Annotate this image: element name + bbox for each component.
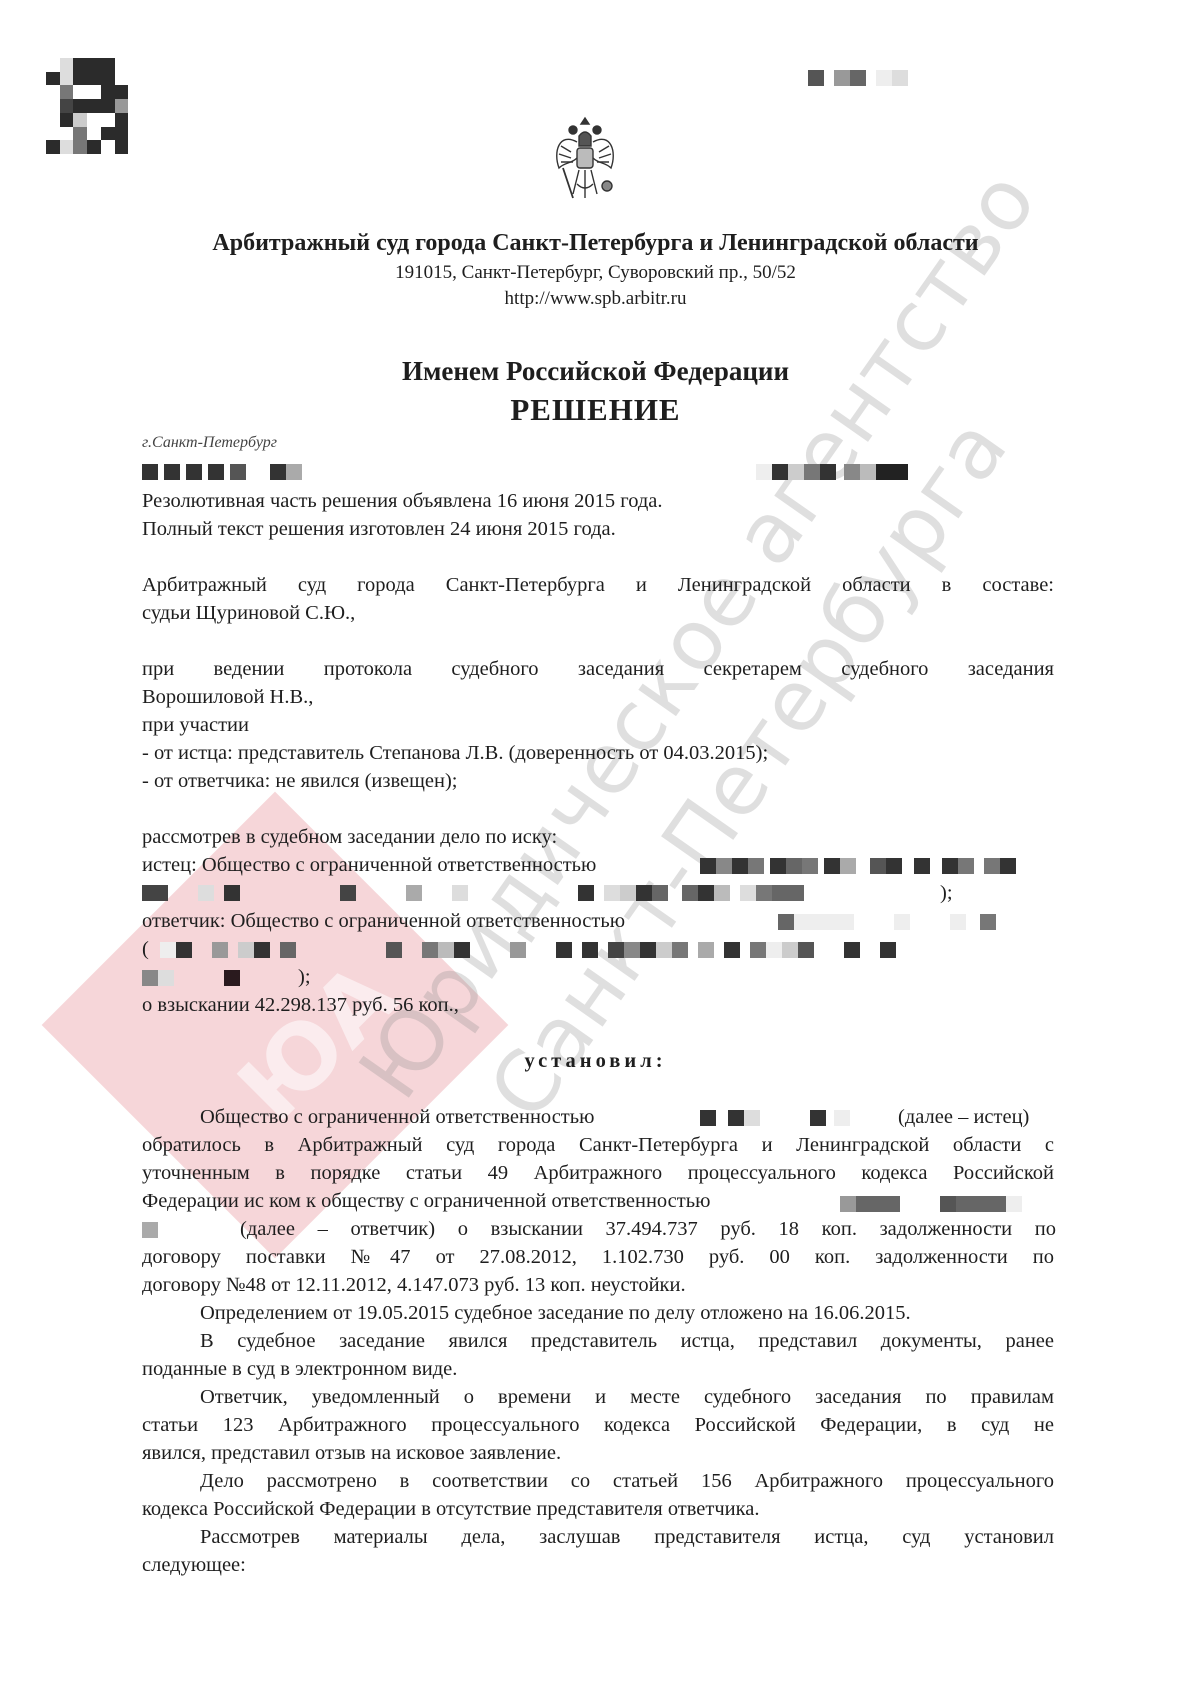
body-p3-line2: поданные в суд в электронном виде. bbox=[142, 1355, 1054, 1383]
defendant-label: ответчик: Общество с ограниченной ответс… bbox=[142, 910, 625, 932]
plaintiff-label: истец: Общество с ограниченной ответстве… bbox=[142, 854, 596, 876]
redacted-qr-code bbox=[46, 58, 142, 154]
city: г.Санкт-Петербург bbox=[142, 434, 277, 452]
composition-line1: Арбитражный суд города Санкт-Петербурга … bbox=[142, 571, 1054, 599]
resolution-date: Резолютивная часть решения объявлена 16 … bbox=[142, 487, 1054, 515]
body-p1-line4: Федерации ис ком к обществу с ограниченн… bbox=[142, 1187, 832, 1215]
redacted-defendant-details bbox=[160, 942, 896, 958]
redacted-defendant-name bbox=[778, 914, 996, 930]
redacted-date bbox=[142, 464, 302, 480]
title-in-the-name: Именем Российской Федерации bbox=[0, 356, 1191, 387]
body-p3-line1: В судебное заседание явился представител… bbox=[142, 1327, 1054, 1355]
court-website-link[interactable]: http://www.spb.arbitr.ru bbox=[0, 288, 1191, 310]
secretary-name: Ворошиловой Н.В., bbox=[142, 683, 1054, 711]
court-address: 191015, Санкт-Петербург, Суворовский пр.… bbox=[0, 262, 1191, 284]
redacted-case-number bbox=[756, 464, 908, 480]
body-p1-line7: договору №48 от 12.11.2012, 4.147.073 ру… bbox=[142, 1271, 1054, 1299]
body-p5-line1: Дело рассмотрено в соответствии со стать… bbox=[142, 1467, 1054, 1495]
body-p6-line1: Рассмотрев материалы дела, заслушав пред… bbox=[142, 1523, 1054, 1551]
body-p4-line1: Ответчик, уведомленный о времени и месте… bbox=[142, 1383, 1054, 1411]
document-title: РЕШЕНИЕ bbox=[0, 392, 1191, 428]
body-p1-line5: (далее – ответчик) о взыскании 37.494.73… bbox=[240, 1215, 1056, 1243]
redacted-defendant-name-2 bbox=[840, 1196, 1022, 1212]
redacted-plaintiff-name bbox=[700, 858, 1016, 874]
full-text-date: Полный текст решения изготовлен 24 июня … bbox=[142, 515, 1054, 543]
body-p1-line4-text: Федерации ис ком к обществу с ограниченн… bbox=[142, 1190, 710, 1212]
body-p6-line2: следующее: bbox=[142, 1551, 1054, 1579]
defendant-representative: - от ответчика: не явился (извещен); bbox=[142, 767, 1054, 795]
document-page: ЮА Юридическое агентство Санкт-Петербург… bbox=[0, 0, 1191, 1684]
plaintiff-representative: - от истца: представитель Степанова Л.В.… bbox=[142, 739, 1054, 767]
judge-name: судьи Щуриновой С.Ю., bbox=[142, 599, 1054, 627]
claim-amount: о взыскании 42.298.137 руб. 56 коп., bbox=[142, 991, 1054, 1019]
participation-label: при участии bbox=[142, 711, 1054, 739]
defendant-details-end: ); bbox=[298, 963, 311, 991]
body-p2: Определением от 19.05.2015 судебное засе… bbox=[142, 1299, 1054, 1327]
body-p1-line6: договору поставки №47 от 27.08.2012, 1.1… bbox=[142, 1243, 1054, 1271]
plaintiff-details-end: ); bbox=[940, 879, 953, 907]
body-p1-line2: обратилось в Арбитражный суд города Санк… bbox=[142, 1131, 1054, 1159]
plaintiff-alias: (далее – истец) bbox=[898, 1103, 1029, 1131]
body-p4-line2: статьи 123 Арбитражного процессуального … bbox=[142, 1411, 1054, 1439]
body-p1-text: Общество с ограниченной ответственностью bbox=[200, 1106, 594, 1128]
protocol-line1: при ведении протокола судебного заседани… bbox=[142, 655, 1054, 683]
established-heading: установил: bbox=[0, 1047, 1191, 1075]
body-p4-line3: явился, представил отзыв на исковое заяв… bbox=[142, 1439, 1054, 1467]
body-p1-line3: уточненным в порядке статьи 49 Арбитражн… bbox=[142, 1159, 1054, 1187]
case-intro: рассмотрев в судебном заседании дело по … bbox=[142, 823, 1054, 851]
body-p5-line2: кодекса Российской Федерации в отсутстви… bbox=[142, 1495, 1054, 1523]
redacted-plaintiff-name-2 bbox=[700, 1110, 850, 1126]
redacted-defendant-name-3 bbox=[142, 1222, 158, 1238]
court-name: Арбитражный суд города Санкт-Петербурга … bbox=[0, 230, 1191, 257]
coat-of-arms-icon bbox=[549, 112, 621, 208]
redacted-case-code bbox=[808, 70, 908, 86]
redacted-plaintiff-details bbox=[142, 885, 804, 901]
redacted-defendant-details-2 bbox=[142, 970, 240, 986]
